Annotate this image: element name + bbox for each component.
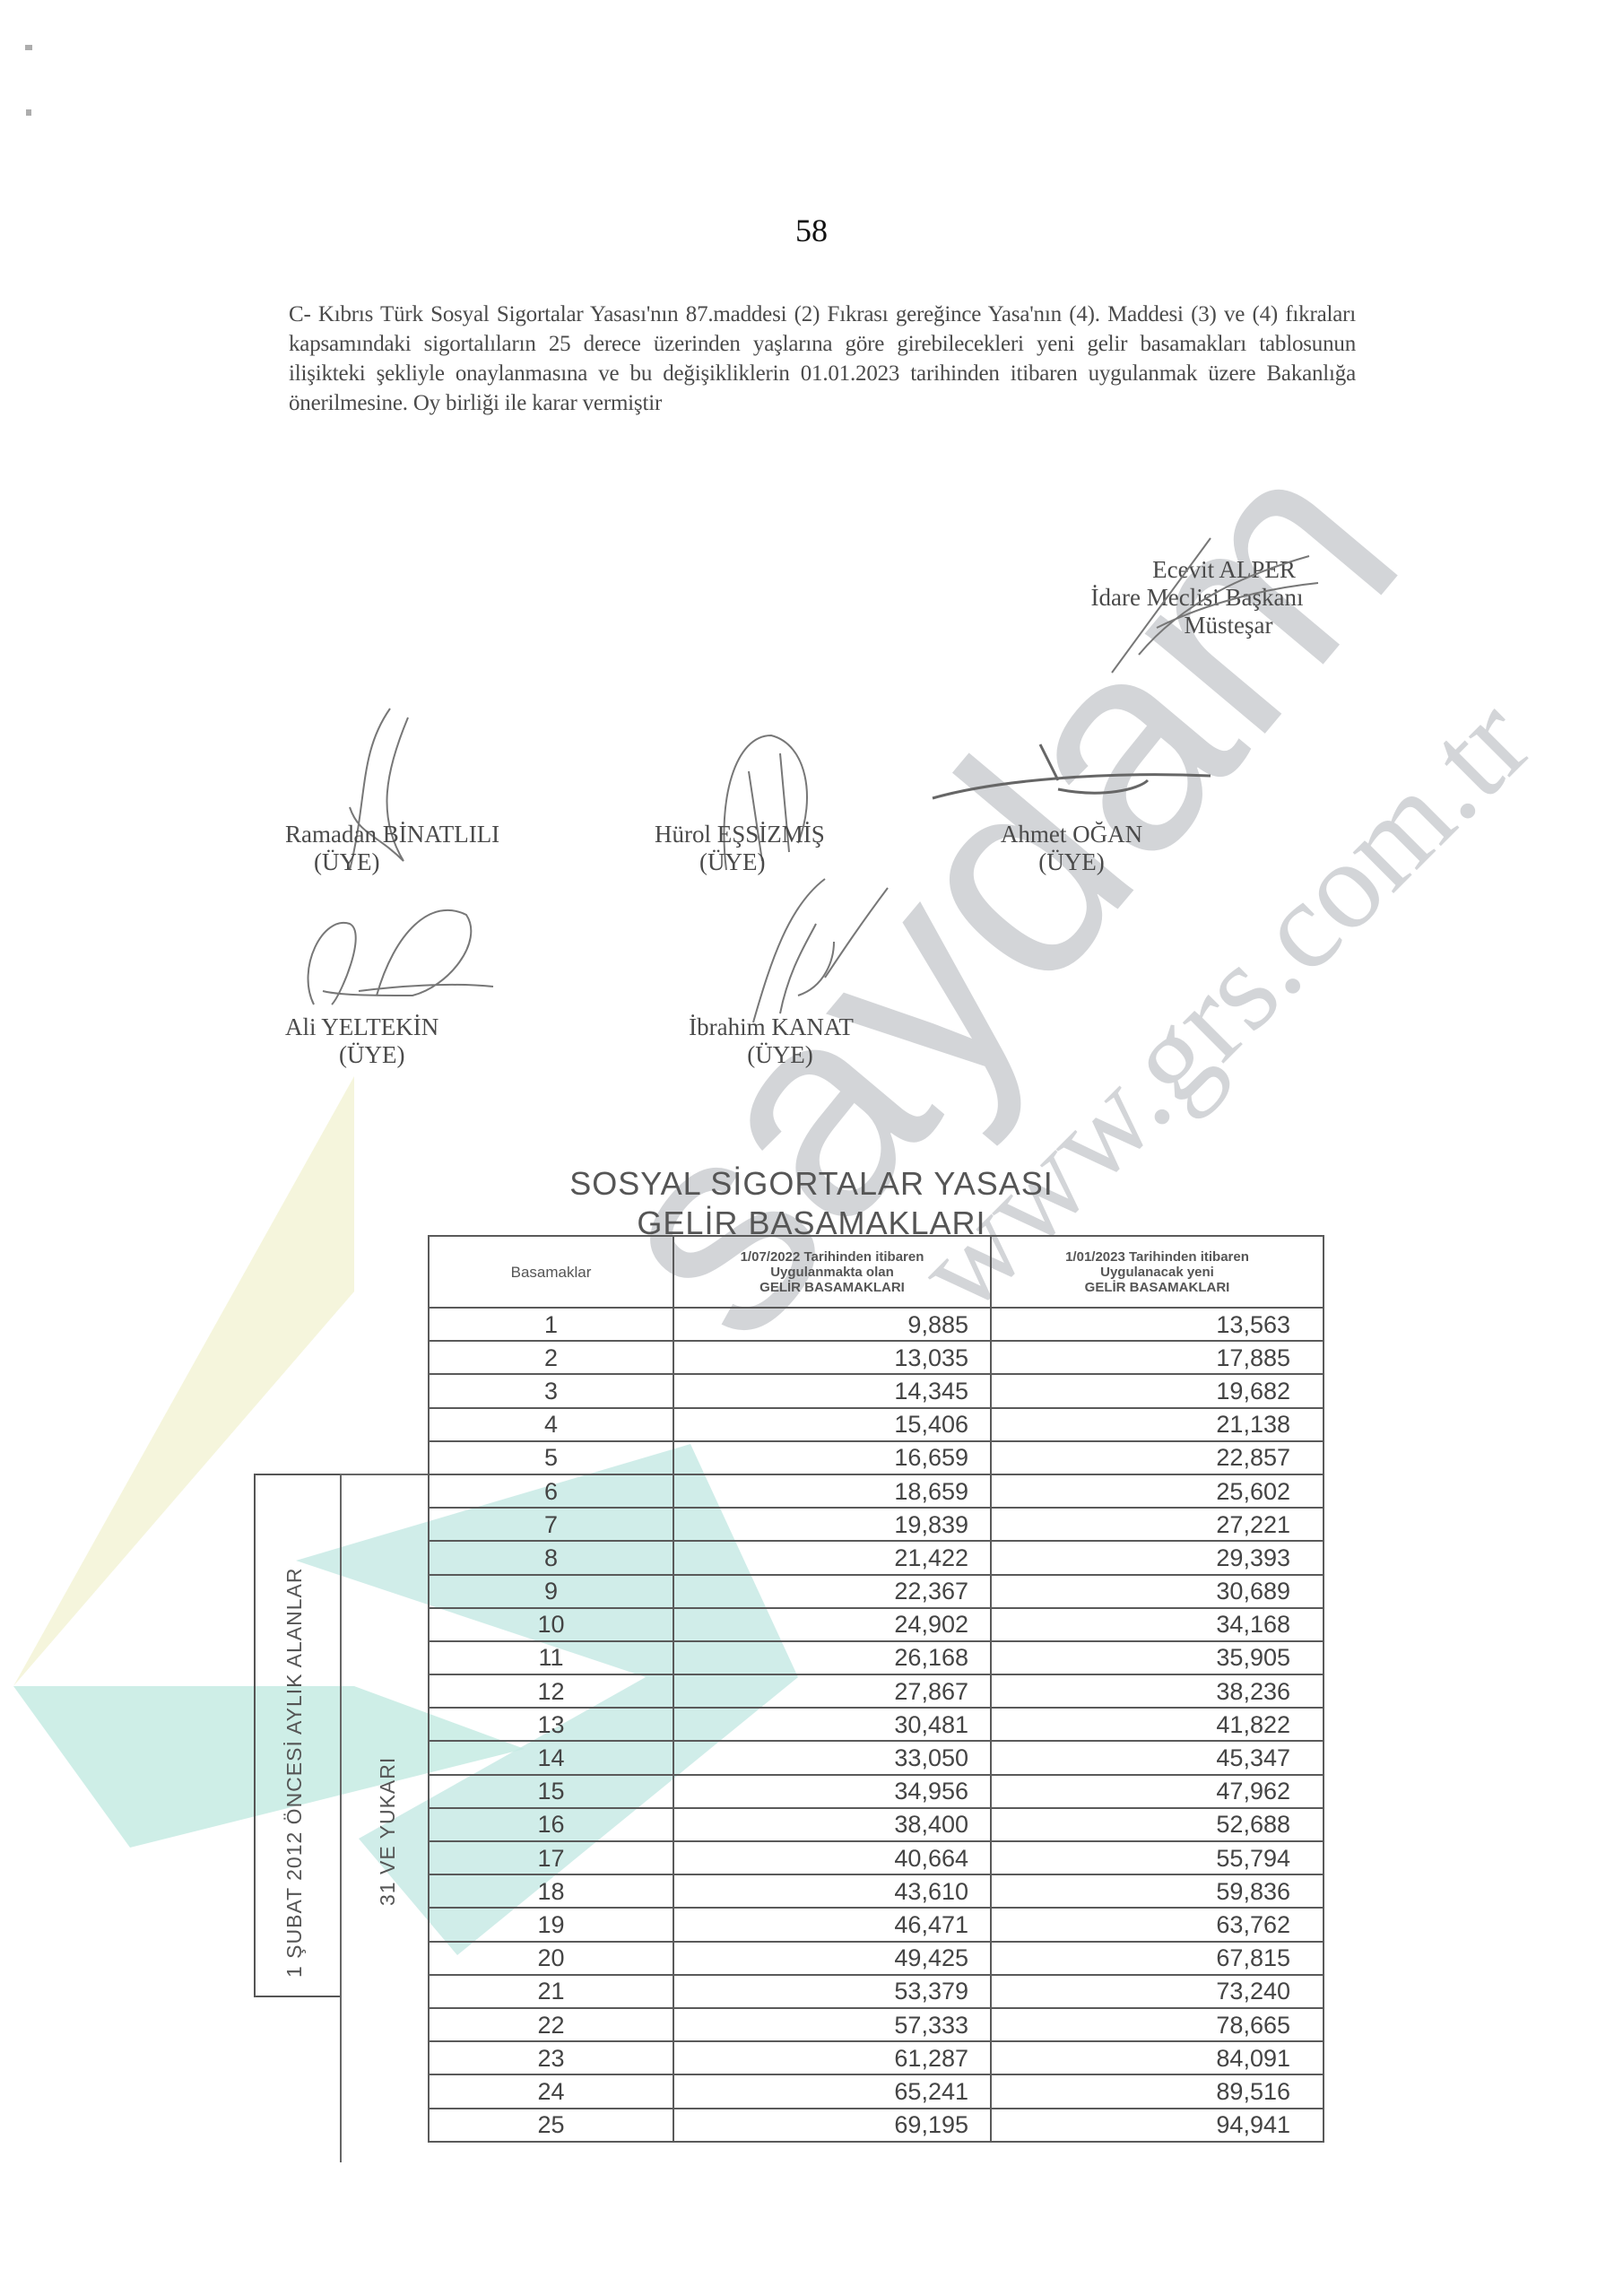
header-line: 1/07/2022 Tarihinden itibaren: [681, 1249, 983, 1265]
signatory-name: Ahmet OĞAN: [973, 821, 1170, 848]
signatory-name: Ecevit ALPER: [1045, 556, 1350, 584]
new-income-cell: 73,240: [991, 1975, 1324, 2008]
signatory-role: Müsteşar: [1045, 612, 1350, 639]
signature-member: Ali YELTEKİN (ÜYE): [285, 1013, 500, 1069]
table-title: SOSYAL SİGORTALAR YASASI GELİR BASAMAKLA…: [0, 1164, 1623, 1243]
side-label-box-outer: 1 ŞUBAT 2012 ÖNCESİ AYLIK ALANLAR: [254, 1474, 342, 1997]
table-row: 2257,33378,665: [429, 2008, 1324, 2041]
new-income-cell: 52,688: [991, 1808, 1324, 1841]
current-income-cell: 49,425: [673, 1942, 991, 1975]
step-number-cell: 15: [429, 1775, 673, 1808]
table-row: 719,83927,221: [429, 1508, 1324, 1541]
table-row: 2569,19594,941: [429, 2109, 1324, 2142]
table-row: 2049,42567,815: [429, 1942, 1324, 1975]
table-row: 1024,90234,168: [429, 1608, 1324, 1641]
table-row: 1330,48141,822: [429, 1708, 1324, 1741]
table-header-row: Basamaklar 1/07/2022 Tarihinden itibaren…: [429, 1236, 1324, 1308]
signatory-role: (ÜYE): [973, 848, 1170, 876]
new-income-cell: 21,138: [991, 1408, 1324, 1441]
table-row: 213,03517,885: [429, 1341, 1324, 1374]
new-income-cell: 78,665: [991, 2008, 1324, 2041]
table-row: 1638,40052,688: [429, 1808, 1324, 1841]
current-income-cell: 69,195: [673, 2109, 991, 2142]
new-income-cell: 38,236: [991, 1674, 1324, 1708]
current-income-cell: 43,610: [673, 1874, 991, 1908]
column-header-steps: Basamaklar: [429, 1236, 673, 1308]
current-income-cell: 53,379: [673, 1975, 991, 2008]
step-number-cell: 10: [429, 1608, 673, 1641]
step-number-cell: 1: [429, 1308, 673, 1341]
column-header-current: 1/07/2022 Tarihinden itibaren Uygulanmak…: [673, 1236, 991, 1308]
current-income-cell: 33,050: [673, 1741, 991, 1774]
new-income-cell: 19,682: [991, 1374, 1324, 1407]
step-number-cell: 2: [429, 1341, 673, 1374]
signature-scribble: [735, 870, 897, 1031]
step-number-cell: 3: [429, 1374, 673, 1407]
signatory-name: Hürol EŞSİZMİŞ: [655, 821, 870, 848]
current-income-cell: 15,406: [673, 1408, 991, 1441]
step-number-cell: 11: [429, 1641, 673, 1674]
current-income-cell: 57,333: [673, 2008, 991, 2041]
table-row: 516,65922,857: [429, 1441, 1324, 1474]
table-body: 19,88513,563213,03517,885314,34519,68241…: [429, 1308, 1324, 2142]
signature-scribble: [924, 735, 1219, 816]
scan-artifact: [26, 109, 31, 116]
current-income-cell: 26,168: [673, 1641, 991, 1674]
signatory-role: (ÜYE): [655, 848, 870, 876]
step-number-cell: 22: [429, 2008, 673, 2041]
resolution-paragraph: C- Kıbrıs Türk Sosyal Sigortalar Yasası'…: [289, 300, 1356, 418]
current-income-cell: 30,481: [673, 1708, 991, 1741]
step-number-cell: 7: [429, 1508, 673, 1541]
step-number-cell: 17: [429, 1841, 673, 1874]
current-income-cell: 16,659: [673, 1441, 991, 1474]
column-header-new: 1/01/2023 Tarihinden itibaren Uygulanaca…: [991, 1236, 1324, 1308]
new-income-cell: 89,516: [991, 2074, 1324, 2108]
new-income-cell: 41,822: [991, 1708, 1324, 1741]
signature-member: Ramadan BİNATLILI (ÜYE): [285, 821, 572, 876]
signatory-role: (ÜYE): [285, 848, 572, 876]
signatory-name: Ramadan BİNATLILI: [285, 821, 572, 848]
signatory-role: (ÜYE): [664, 1041, 879, 1069]
step-number-cell: 20: [429, 1942, 673, 1975]
step-number-cell: 4: [429, 1408, 673, 1441]
table-row: 618,65925,602: [429, 1474, 1324, 1508]
new-income-cell: 45,347: [991, 1741, 1324, 1774]
table-row: 1946,47163,762: [429, 1908, 1324, 1941]
new-income-cell: 35,905: [991, 1641, 1324, 1674]
new-income-cell: 13,563: [991, 1308, 1324, 1341]
current-income-cell: 21,422: [673, 1541, 991, 1574]
new-income-cell: 25,602: [991, 1474, 1324, 1508]
new-income-cell: 34,168: [991, 1608, 1324, 1641]
new-income-cell: 29,393: [991, 1541, 1324, 1574]
table-row: 1740,66455,794: [429, 1841, 1324, 1874]
table-row: 2361,28784,091: [429, 2041, 1324, 2074]
table-row: 415,40621,138: [429, 1408, 1324, 1441]
header-line: GELİR BASAMAKLARI: [681, 1280, 983, 1295]
new-income-cell: 27,221: [991, 1508, 1324, 1541]
step-number-cell: 9: [429, 1575, 673, 1608]
step-number-cell: 6: [429, 1474, 673, 1508]
page-number: 58: [0, 212, 1623, 249]
header-line: Uygulanmakta olan: [681, 1265, 983, 1280]
current-income-cell: 14,345: [673, 1374, 991, 1407]
step-number-cell: 5: [429, 1441, 673, 1474]
current-income-cell: 65,241: [673, 2074, 991, 2108]
table-row: 19,88513,563: [429, 1308, 1324, 1341]
current-income-cell: 27,867: [673, 1674, 991, 1708]
header-line: 1/01/2023 Tarihinden itibaren: [999, 1249, 1315, 1265]
step-number-cell: 18: [429, 1874, 673, 1908]
table-row: 1433,05045,347: [429, 1741, 1324, 1774]
step-number-cell: 21: [429, 1975, 673, 2008]
current-income-cell: 40,664: [673, 1841, 991, 1874]
signatory-role: İdare Meclisi Başkanı: [1045, 584, 1350, 612]
signature-chair: Ecevit ALPER İdare Meclisi Başkanı Müste…: [1045, 556, 1350, 639]
step-number-cell: 14: [429, 1741, 673, 1774]
current-income-cell: 9,885: [673, 1308, 991, 1341]
new-income-cell: 22,857: [991, 1441, 1324, 1474]
new-income-cell: 67,815: [991, 1942, 1324, 1975]
table-row: 922,36730,689: [429, 1575, 1324, 1608]
signature-scribble: [287, 897, 520, 1013]
new-income-cell: 63,762: [991, 1908, 1324, 1941]
table-row: 1126,16835,905: [429, 1641, 1324, 1674]
step-number-cell: 12: [429, 1674, 673, 1708]
signatory-name: İbrahim KANAT: [664, 1013, 879, 1041]
table-row: 2465,24189,516: [429, 2074, 1324, 2108]
current-income-cell: 24,902: [673, 1608, 991, 1641]
step-number-cell: 23: [429, 2041, 673, 2074]
table-title-line1: SOSYAL SİGORTALAR YASASI: [569, 1165, 1054, 1202]
new-income-cell: 59,836: [991, 1874, 1324, 1908]
header-line: GELİR BASAMAKLARI: [999, 1280, 1315, 1295]
header-line: Uygulanacak yeni: [999, 1265, 1315, 1280]
current-income-cell: 61,287: [673, 2041, 991, 2074]
table-row: 821,42229,393: [429, 1541, 1324, 1574]
new-income-cell: 30,689: [991, 1575, 1324, 1608]
current-income-cell: 19,839: [673, 1508, 991, 1541]
new-income-cell: 47,962: [991, 1775, 1324, 1808]
current-income-cell: 34,956: [673, 1775, 991, 1808]
current-income-cell: 18,659: [673, 1474, 991, 1508]
signature-member: Hürol EŞSİZMİŞ (ÜYE): [655, 821, 870, 876]
scan-artifact: [25, 45, 32, 50]
table-row: 1534,95647,962: [429, 1775, 1324, 1808]
step-number-cell: 19: [429, 1908, 673, 1941]
step-number-cell: 13: [429, 1708, 673, 1741]
table-row: 314,34519,682: [429, 1374, 1324, 1407]
signatory-name: Ali YELTEKİN: [285, 1013, 500, 1041]
signature-member: Ahmet OĞAN (ÜYE): [973, 821, 1170, 876]
document-page: 58 C- Kıbrıs Türk Sosyal Sigortalar Yasa…: [0, 0, 1623, 2296]
new-income-cell: 94,941: [991, 2109, 1324, 2142]
side-label-inner: 31 VE YUKARI: [376, 1757, 400, 1906]
step-number-cell: 8: [429, 1541, 673, 1574]
new-income-cell: 55,794: [991, 1841, 1324, 1874]
current-income-cell: 22,367: [673, 1575, 991, 1608]
current-income-cell: 46,471: [673, 1908, 991, 1941]
current-income-cell: 13,035: [673, 1341, 991, 1374]
current-income-cell: 38,400: [673, 1808, 991, 1841]
new-income-cell: 84,091: [991, 2041, 1324, 2074]
table-row: 1843,61059,836: [429, 1874, 1324, 1908]
new-income-cell: 17,885: [991, 1341, 1324, 1374]
table-row: 1227,86738,236: [429, 1674, 1324, 1708]
signatory-role: (ÜYE): [285, 1041, 500, 1069]
step-number-cell: 25: [429, 2109, 673, 2142]
income-steps-table: Basamaklar 1/07/2022 Tarihinden itibaren…: [428, 1235, 1324, 2143]
table-row: 2153,37973,240: [429, 1975, 1324, 2008]
side-label-outer: 1 ŞUBAT 2012 ÖNCESİ AYLIK ALANLAR: [282, 1568, 307, 1978]
side-label-box-inner: 31 VE YUKARI: [340, 1474, 431, 2162]
step-number-cell: 24: [429, 2074, 673, 2108]
signature-member: İbrahim KANAT (ÜYE): [664, 1013, 879, 1069]
step-number-cell: 16: [429, 1808, 673, 1841]
